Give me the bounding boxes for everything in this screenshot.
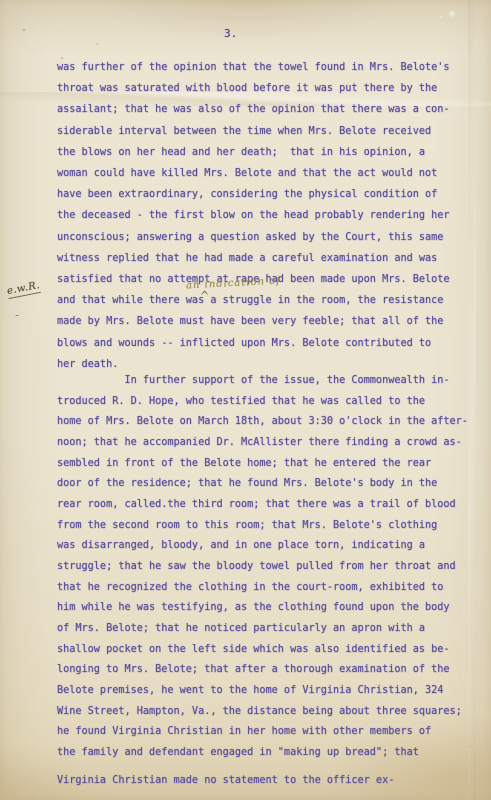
document-line: sembled in front of the Belote home; tha…: [57, 454, 477, 475]
document-line: unconscious; answering a question asked …: [57, 227, 477, 248]
document-line: Wine Street, Hampton, Va., the distance …: [57, 702, 477, 723]
document-line: was disarranged, bloody, and in one plac…: [57, 536, 477, 557]
document-line: he found Virginia Christian in her home …: [57, 722, 477, 743]
document-line: throat was saturated with blood before i…: [57, 78, 477, 99]
document-line: him while he was testifying, as the clot…: [57, 598, 477, 619]
document-line: made by Mrs. Belote must have been very …: [57, 311, 477, 332]
document-line: rear room, called.the third room; that t…: [57, 495, 477, 516]
document-line: was further of the opinion that the towe…: [57, 57, 477, 78]
document-line: that he recognized the clothing in the c…: [57, 578, 477, 599]
document-line: noon; that he accompanied Dr. McAllister…: [57, 433, 477, 454]
document-line: of Mrs. Belote; that he noticed particul…: [57, 619, 477, 640]
document-line: troduced R. D. Hope, who testified that …: [57, 392, 477, 413]
document-line: shallow pocket on the left side which wa…: [57, 640, 477, 661]
document-line: witness replied that he had made a caref…: [57, 248, 477, 269]
document-line: the deceased - the first blow on the hea…: [57, 205, 477, 226]
handwritten-margin-initials: e.w.R.: [6, 280, 41, 299]
document-line: In further support of the issue, the Com…: [57, 371, 477, 392]
document-line: Virginia Christian made no statement to …: [57, 771, 477, 791]
margin-dash-mark: -: [15, 308, 19, 322]
document-line: door of the residence; that he found Mrs…: [57, 474, 477, 495]
document-line: siderable interval between the time when…: [57, 121, 477, 142]
document-line: struggle; that he saw the bloody towel p…: [57, 557, 477, 578]
typewritten-paragraph-1: was further of the opinion that the towe…: [57, 57, 477, 375]
document-line: woman could have killed Mrs. Belote and …: [57, 163, 477, 184]
page-number: 3.: [224, 27, 237, 40]
typewritten-paragraph-3: Virginia Christian made no statement to …: [57, 771, 477, 791]
document-line: home of Mrs. Belote on March 18th, about…: [57, 412, 477, 433]
document-line: Belote premises, he went to the home of …: [57, 681, 477, 702]
document-line: and that while there was a struggle in t…: [57, 290, 477, 311]
document-line: have been extraordinary, considering the…: [57, 184, 477, 205]
document-line: the blows on her head and her death; tha…: [57, 142, 477, 163]
insertion-caret-mark: ^: [200, 288, 209, 305]
document-line: assailant; that he was also of the opini…: [57, 99, 477, 120]
document-line: blows and wounds -- inflicted upon Mrs. …: [57, 333, 477, 354]
document-line: longing to Mrs. Belote; that after a tho…: [57, 660, 477, 681]
typewritten-paragraph-2: In further support of the issue, the Com…: [57, 371, 477, 763]
document-line: from the second room to this room; that …: [57, 516, 477, 537]
document-line: the family and defendant engaged in "mak…: [57, 743, 477, 764]
document-page: 3. was further of the opinion that the t…: [0, 0, 491, 800]
